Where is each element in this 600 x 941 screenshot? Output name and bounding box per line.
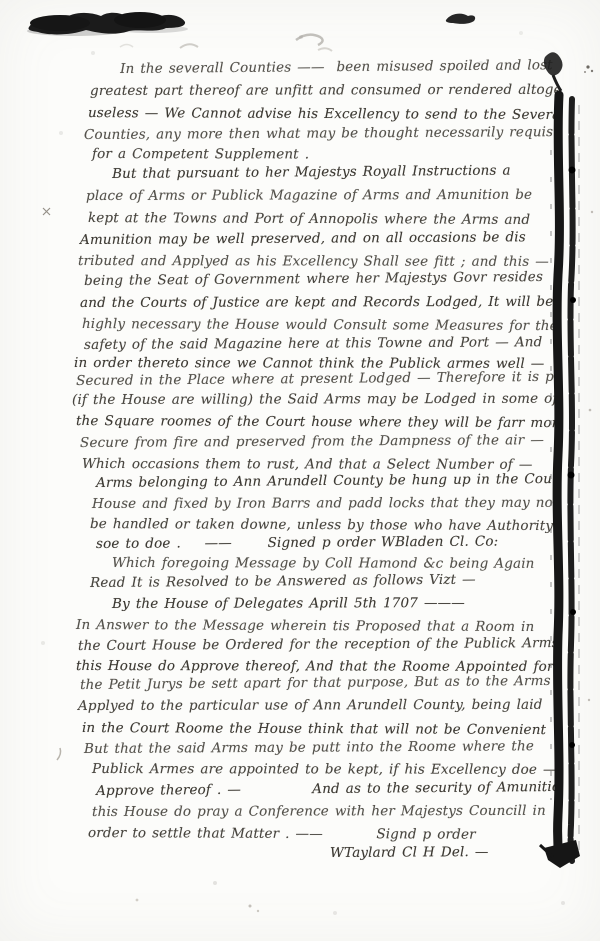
manuscript-line: In Answer to the Message wherein tis Pro… <box>76 619 534 634</box>
manuscript-line: in the Court Roome the House think that … <box>82 722 546 738</box>
handwritten-text-block: In the severall Counties —— been misused… <box>0 0 558 941</box>
manuscript-line: But that pursuant to her Majestys Royall… <box>112 165 511 182</box>
manuscript-line: Amunition may be well preserved, and on … <box>80 231 526 247</box>
manuscript-line: Which foregoing Message by Coll Hamond &… <box>112 557 535 571</box>
manuscript-line: be handled or taken downe, unless by tho… <box>90 518 553 534</box>
manuscript-line: safety of the said Magazine here at this… <box>84 336 542 352</box>
manuscript-line: WTaylard Cl H Del. — <box>330 846 489 860</box>
manuscript-line: Counties, any more then what may be thou… <box>84 126 558 142</box>
manuscript-line: tributed and Applyed as his Excellency S… <box>78 255 549 269</box>
manuscript-line: By the House of Delegates Aprill 5th 170… <box>112 597 465 611</box>
manuscript-line: Approve thereof . — And as to the securi… <box>96 781 558 799</box>
manuscript-line: Read It is Resolved to be Answered as fo… <box>90 574 476 591</box>
manuscript-line: being the Seat of Government where her M… <box>84 271 543 289</box>
manuscript-line: But that the said Arms may be putt into … <box>84 740 534 756</box>
manuscript-line: useless — We Cannot advise his Excellenc… <box>88 107 558 123</box>
manuscript-line: Which occasions them to rust, And that a… <box>82 458 533 472</box>
manuscript-line: (if the House are willing) the Said Arms… <box>72 393 558 408</box>
manuscript-line: and the Courts of Justice are kept and R… <box>80 296 558 311</box>
manuscript-line: place of Arms or Publick Magazine of Arm… <box>86 189 532 204</box>
manuscript-line: order to settle that Matter . —— Signd p… <box>88 827 476 842</box>
manuscript-line: House and fixed by Iron Barrs and padd l… <box>92 497 558 512</box>
manuscript-line: kept at the Towns and Port of Annopolis … <box>88 212 530 227</box>
manuscript-line: Arms belonging to Ann Arundell County be… <box>96 473 558 491</box>
manuscript-line: the Square roomes of the Court house whe… <box>76 415 558 431</box>
manuscript-line: soe to doe . —— Signed p order WBladen C… <box>96 536 498 552</box>
manuscript-line: Publick Armes are appointed to be kept, … <box>92 763 557 777</box>
manuscript-line: highly necessary the House would Consult… <box>82 318 558 334</box>
manuscript-line: the Court House be Ordered for the recep… <box>78 637 558 653</box>
manuscript-page: In the severall Counties —— been misused… <box>0 0 600 941</box>
manuscript-line: In the severall Counties —— been misused… <box>120 58 558 76</box>
manuscript-line: this House do Approve thereof, And that … <box>76 660 554 674</box>
manuscript-line: greatest part thereof are unfitt and con… <box>90 84 558 99</box>
manuscript-line: Secure from fire and preserved from the … <box>80 434 544 450</box>
manuscript-line: Secured in the Place where at present Lo… <box>76 371 558 389</box>
manuscript-line: the Petit Jurys be sett apart for that p… <box>80 675 551 693</box>
manuscript-line: this House do pray a Conference with her… <box>92 805 546 820</box>
manuscript-line: for a Competent Supplement . <box>92 148 309 162</box>
manuscript-line: Applyed to the particular use of Ann Aru… <box>78 699 543 714</box>
